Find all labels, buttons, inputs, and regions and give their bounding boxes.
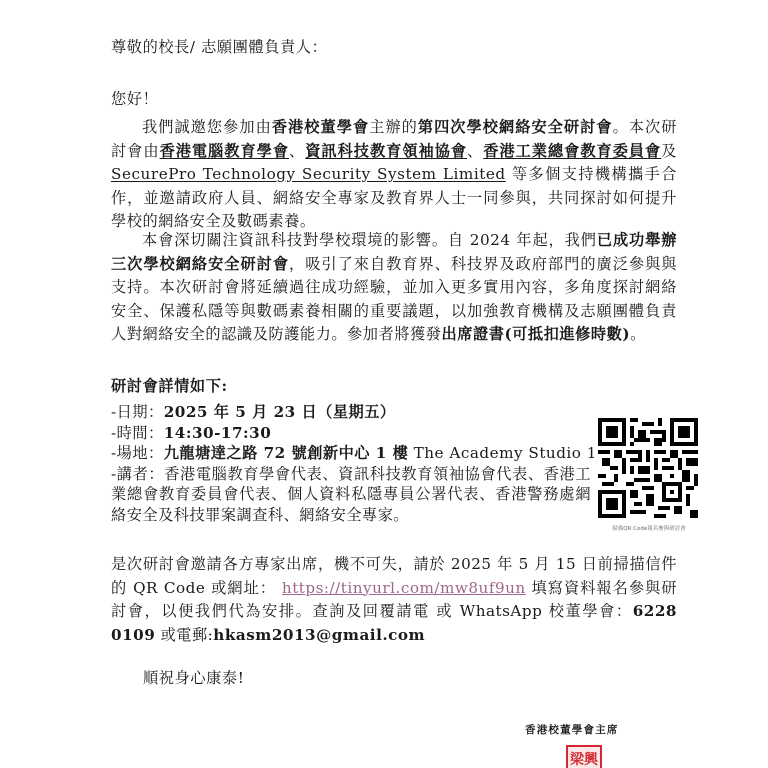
time-label: -時間： xyxy=(111,424,164,442)
detail-speakers: -講者：香港電腦教育學會代表、資訊科技教育領袖協會代表、香港工業總會教育委員會代… xyxy=(111,464,591,526)
supporter-itel: 資訊科技教育領袖協會 xyxy=(305,142,467,160)
paragraph-background: 本會深切關注資訊科技對學校環境的影響。自 2024 年起，我們已成功舉辦三次學校… xyxy=(111,229,677,347)
text: 。 xyxy=(630,325,646,343)
detail-time: -時間：14:30-17:30 xyxy=(111,423,591,444)
text: 、 xyxy=(289,142,305,160)
seminar-details: -日期：2025 年 5 月 23 日（星期五） -時間：14:30-17:30… xyxy=(111,402,591,525)
greeting: 您好！ xyxy=(111,88,158,112)
seal-text: 梁興 xyxy=(570,749,598,768)
qr-caption: 掃描QR Code報名參與研討會 xyxy=(598,524,700,532)
date-value: 2025 年 5 月 23 日（星期五） xyxy=(164,403,396,421)
time-value: 14:30-17:30 xyxy=(164,424,272,442)
signature-title: 香港校董學會主席 xyxy=(525,722,619,737)
date-label: -日期： xyxy=(111,403,164,421)
seminar-name: 第四次學校網絡安全研討會 xyxy=(418,118,613,136)
text: 及 xyxy=(661,142,677,160)
paragraph-invitation: 我們誠邀您參加由香港校董學會主辦的第四次學校網絡安全研討會。本次研討會由香港電腦… xyxy=(111,116,677,234)
detail-venue: -場地：九龍塘達之路 72 號創新中心 1 樓 The Academy Stud… xyxy=(111,443,591,464)
speakers-label: -講者： xyxy=(111,465,164,483)
text: 我們誠邀您參加由 xyxy=(142,118,272,136)
paragraph-registration: 是次研討會邀請各方專家出席，機不可失，請於 2025 年 5 月 15 日前掃描… xyxy=(111,553,677,647)
details-heading: 研討會詳情如下: xyxy=(111,375,228,396)
email-address[interactable]: hkasm2013@gmail.com xyxy=(213,626,425,644)
certificate-note: 出席證書(可抵扣進修時數) xyxy=(442,325,631,343)
closing-remark: 順祝身心康泰! xyxy=(143,667,244,688)
text: 主辦的 xyxy=(369,118,418,136)
letter-page: 尊敬的校長/ 志願團體負責人： 您好！ 我們誠邀您參加由香港校董學會主辦的第四次… xyxy=(0,0,768,768)
supporter-securepro: SecurePro Technology Security System Lim… xyxy=(111,165,506,183)
text: 、 xyxy=(467,142,483,160)
supporter-fhki: 香港工業總會教育委員會 xyxy=(483,142,661,160)
qr-code-image[interactable] xyxy=(598,418,698,518)
detail-date: -日期：2025 年 5 月 23 日（星期五） xyxy=(111,402,591,423)
supporter-hkace: 香港電腦教育學會 xyxy=(160,142,289,160)
registration-link[interactable]: https://tinyurl.com/mw8uf9un xyxy=(282,579,526,597)
venue-label: -場地： xyxy=(111,444,164,462)
text: 或電郵: xyxy=(155,626,213,644)
organizer-name: 香港校董學會 xyxy=(272,118,369,136)
salutation: 尊敬的校長/ 志願團體負責人： xyxy=(111,36,327,60)
chairman-seal: 梁興 xyxy=(566,745,602,768)
venue-value: 九龍塘達之路 72 號創新中心 1 樓 xyxy=(164,444,409,462)
text: 本會深切關注資訊科技對學校環境的影響。自 2024 年起，我們 xyxy=(142,231,597,249)
venue-room: The Academy Studio 1&2 xyxy=(408,444,621,462)
speakers-value: 香港電腦教育學會代表、資訊科技教育領袖協會代表、香港工業總會教育委員會代表、個人… xyxy=(111,465,591,524)
